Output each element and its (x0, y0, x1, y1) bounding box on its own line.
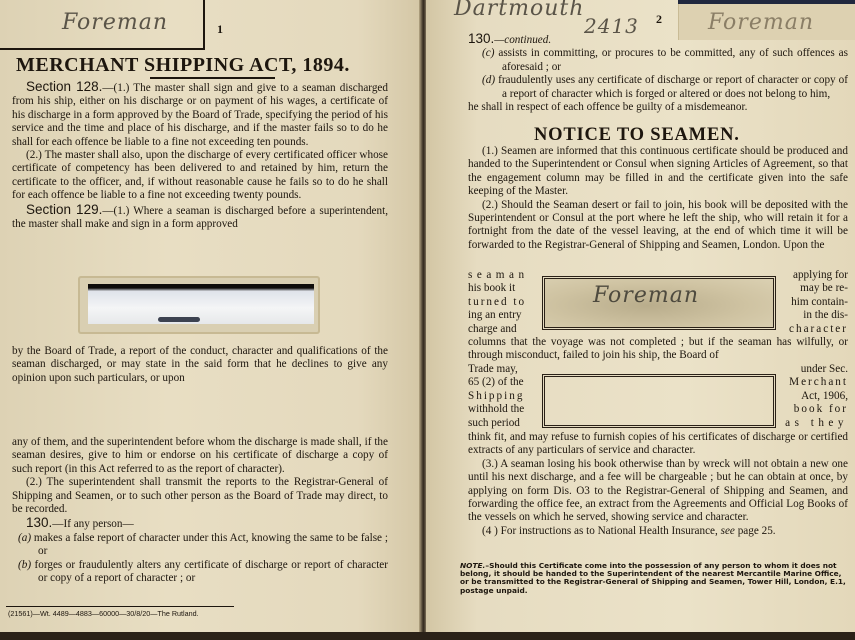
clause-a: makes a false report of character under … (34, 532, 388, 557)
page-number: 1 (217, 22, 223, 37)
cut-out-window (78, 276, 320, 334)
box1-right-line: may be re- (776, 282, 848, 295)
box1-right-text: applying for may be re- him contain- in … (776, 269, 848, 336)
notice-para-1: (1.) Seamen are informed that this conti… (468, 145, 848, 199)
page-ref: page 25. (738, 525, 776, 537)
section-130-continued: 130.—continued. (c) assists in committin… (468, 32, 848, 114)
notice-body-1: (1.) Seamen are informed that this conti… (468, 145, 848, 252)
box2-left-line: Shipping (468, 390, 540, 403)
notice-para-2b: columns that the voyage was not complete… (468, 336, 848, 363)
box1-right-line: applying for (776, 269, 848, 282)
page-number: 2 (656, 12, 662, 27)
box2-left-line: withhold the (468, 403, 540, 416)
box2-left-line: 65 (2) of the (468, 376, 540, 389)
right-page: Dartmouth 2413 2 Foreman 130.—continued.… (426, 0, 855, 640)
title-underline (150, 77, 275, 79)
act-title: MERCHANT SHIPPING ACT, 1894. (16, 54, 350, 77)
section-130-heading: 130. (26, 515, 52, 530)
stub-edge (678, 0, 855, 4)
section-130-intro: —If any person— (52, 518, 133, 530)
left-page: Foreman 1 MERCHANT SHIPPING ACT, 1894. S… (0, 0, 421, 640)
clause-d: fraudulently uses any certificate of dis… (498, 74, 848, 99)
return-note: NOTE.–Should this Certificate come into … (460, 562, 848, 595)
box2-left-line: such period (468, 417, 540, 430)
clause-c: assists in committing, or procures to be… (498, 47, 848, 72)
printer-footer: (21561)—Wt. 4489—4883—60000—30/8/20—The … (8, 609, 199, 618)
footer-rule (6, 606, 234, 607)
stamp-box-2 (542, 374, 776, 428)
box1-right-line: in the dis- (776, 309, 848, 322)
thread (158, 317, 200, 322)
box1-left-line: his book it (468, 282, 540, 295)
note-text: –Should this Certificate come into the p… (460, 561, 846, 595)
notice-para-3: (3.) A seaman losing his book otherwise … (468, 458, 848, 525)
box-handwriting: Foreman (593, 283, 699, 308)
box1-left-line: turned to (468, 296, 540, 309)
box2-left-text: Trade may, 65 (2) of the Shipping withho… (468, 363, 540, 430)
section-128: Section 128.—(1.) The master shall sign … (12, 80, 388, 231)
section-129-heading: Section 129. (26, 202, 102, 217)
box1-left-line: seaman (468, 269, 540, 282)
notice-para-2a: (2.) Should the Seaman desert or fail to… (468, 199, 848, 253)
document-spread: Foreman 1 MERCHANT SHIPPING ACT, 1894. S… (0, 0, 855, 640)
window-opening (88, 284, 314, 324)
box2-right-text: under Sec. Merchant Act, 1906, book for … (776, 363, 848, 430)
clause-b-label: (b) (18, 559, 31, 571)
clause-b: forges or fraudulently alters any certif… (35, 559, 388, 584)
penalty-line: he shall in respect of each offence be g… (468, 101, 848, 114)
notice-body-2: columns that the voyage was not complete… (468, 336, 848, 363)
box2-right-line: under Sec. (776, 363, 848, 376)
section-129-cont: by the Board of Trade, a report of the c… (12, 345, 388, 385)
bottom-edge (0, 632, 855, 640)
section-130-cont-heading: 130. (468, 31, 494, 46)
box2-right-line: Act, 1906, (776, 390, 848, 403)
clause-d-label: (d) (482, 74, 495, 86)
clause-c-label: (c) (482, 47, 494, 59)
box1-right-line: character (776, 323, 848, 336)
handwritten-name: Foreman (62, 10, 168, 35)
box1-left-line: ing an entry (468, 309, 540, 322)
box2-left-line: Trade may, (468, 363, 540, 376)
notice-body-3: think fit, and may refuse to furnish cop… (468, 431, 848, 538)
clause-a-label: (a) (18, 532, 31, 544)
box2-right-line: Merchant (776, 376, 848, 389)
section-129-para-1c: any of them, and the superintendent befo… (12, 436, 388, 476)
section-128-para-2: (2.) The master shall also, upon the dis… (12, 149, 388, 203)
name-box: Foreman (0, 0, 205, 50)
section-129-para-2: (2.) The superintendent shall transmit t… (12, 476, 388, 516)
continued-label: —continued. (494, 34, 551, 46)
section-128-heading: Section 128. (26, 79, 102, 94)
box1-right-line: him contain- (776, 296, 848, 309)
box1-left-text: seaman his book it turned to ing an entr… (468, 269, 540, 336)
notice-para-4: (4 ) For instructions as to National Hea… (482, 525, 718, 537)
box1-left-line: charge and (468, 323, 540, 336)
box2-right-line: book for (776, 403, 848, 416)
stamp-box-1: Foreman (542, 276, 776, 330)
see-label: see (721, 525, 735, 537)
notice-para-2c: think fit, and may refuse to furnish cop… (468, 431, 848, 458)
section-129-para-1b: by the Board of Trade, a report of the c… (12, 345, 388, 385)
notice-title: NOTICE TO SEAMEN. (534, 125, 740, 146)
section-129-cont-2: any of them, and the superintendent befo… (12, 436, 388, 585)
handwritten-port: Dartmouth (454, 0, 584, 21)
box2-right-line: as they (776, 417, 848, 430)
